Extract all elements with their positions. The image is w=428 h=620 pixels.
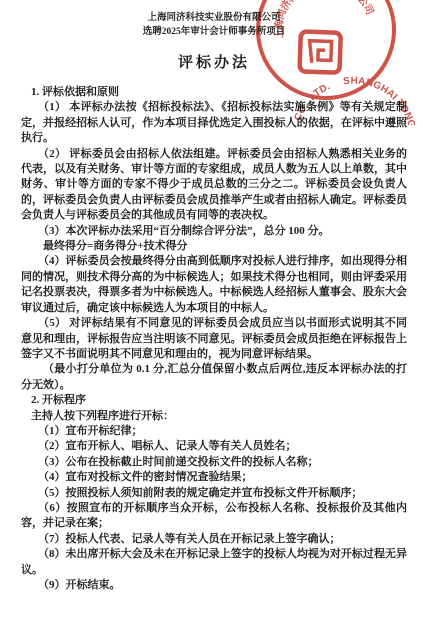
section1-heading: 1. 评标依据和原则 (21, 85, 407, 100)
final-score-formula: 最终得分=商务得分+技术得分 (21, 239, 407, 254)
header-company-line: 上海同济科技实业股份有限公司 (0, 12, 428, 26)
scoring-unit-note: （最小打分单位为 0.1 分,汇总分值保留小数点后两位,违反本评标办法的打分无效… (21, 362, 407, 393)
bid-opening-step-5: （5）按照投标人须知前附表的规定确定并宣布投标文件开标顺序； (21, 486, 407, 501)
bid-opening-step-7: （7）投标人代表、记录人等有关人员在开标记录上签字确认； (21, 532, 407, 547)
document-title: 评标办法 (0, 51, 428, 72)
bid-opening-step-2: （2）宣布开标人、唱标人、记录人等有关人员姓名； (21, 439, 407, 454)
section1-paragraph-1: （1） 本评标办法按《招标投标法》、《招标投标法实施条例》等有关规定制定，并报经… (21, 100, 407, 146)
bid-opening-step-9: （9）开标结束。 (21, 578, 407, 593)
bid-opening-step-8: （8）未出席开标大会及未在开标记录上签字的投标人均视为对开标过程无异议。 (21, 547, 407, 578)
document-body: 1. 评标依据和原则 （1） 本评标办法按《招标投标法》、《招标投标法实施条例》… (0, 72, 428, 593)
section1-paragraph-5: （5） 对评标结果有不同意见的评标委员会成员应当以书面形式说明其不同意见和理由，… (21, 316, 407, 362)
section1-paragraph-2: （2） 评标委员会由招标人依法组建。评标委员会由招标人熟悉相关业务的代表，以及有… (21, 147, 407, 224)
bid-opening-step-3: （3）公布在投标截止时间前递交投标文件的投标人名称； (21, 455, 407, 470)
bid-opening-step-6: （6）按照宣布的开标顺序当众开标，公布投标人名称、投标报价及其他内容，并记录在案… (21, 501, 407, 532)
document-page: SHANGHAI TONGJI SCIENCE & TECHNOLOGY IND… (0, 0, 428, 620)
section2-heading: 2. 开标程序 (21, 393, 407, 408)
bid-opening-step-4: （4）宣布对投标文件的密封情况查验结果； (21, 470, 407, 485)
document-header: 上海同济科技实业股份有限公司 选聘2025年审计会计师事务所项目 (0, 0, 428, 39)
section2-intro: 主持人按下列程序进行开标： (21, 409, 407, 424)
section1-paragraph-4: （4）评标委员会按最终得分由高到低顺序对投标人进行排序，如出现得分相同的情况，则… (21, 254, 407, 316)
section1-paragraph-3: （3）本次评标办法采用“百分制综合评分法”，总分 100 分。 (21, 224, 407, 239)
header-project-line: 选聘2025年审计会计师事务所项目 (0, 26, 428, 40)
bid-opening-step-1: （1）宣布开标纪律； (21, 424, 407, 439)
